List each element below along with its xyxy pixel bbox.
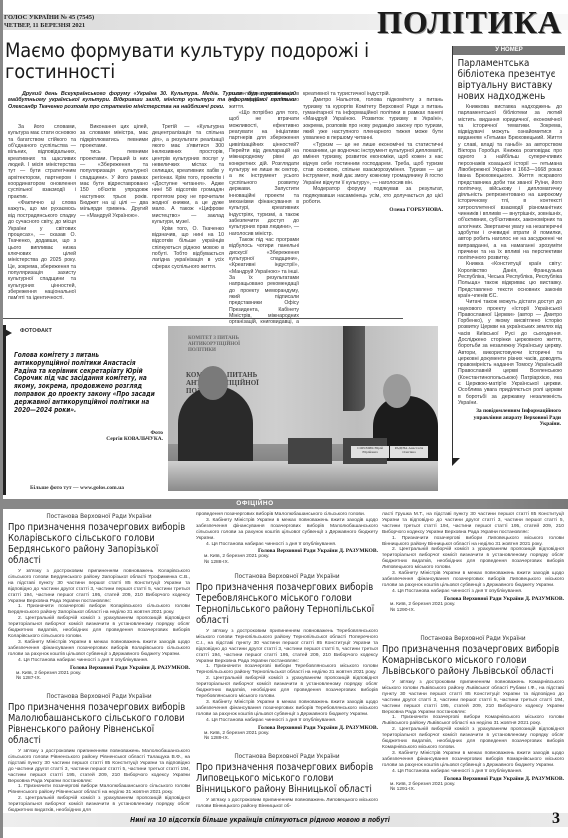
table — [168, 461, 438, 491]
article-headline: Маємо формувати культуру подорожі і гост… — [5, 40, 410, 82]
decree-terebovlia: Постанова Верховної Ради України Про при… — [196, 572, 378, 742]
woman-head — [383, 374, 411, 408]
masthead-info: ГОЛОС УКРАЇНИ № 45 (7545) ЧЕТВЕР, 11 БЕР… — [4, 14, 94, 30]
decree-lypovets: Постанова Верховної Ради України Про при… — [196, 752, 378, 810]
decree-title: Про призначення позачергових виборів Тер… — [196, 582, 377, 626]
decree-malolyubasha-cont: проведення позачергових виборів Малолюба… — [196, 512, 378, 566]
issue-number: ГОЛОС УКРАЇНИ № 45 (7545) — [4, 14, 94, 22]
man-head — [198, 366, 228, 400]
fotofact-label: ФОТОФАКТ — [20, 328, 52, 334]
committee-photo: КОМІТЕТ З ПИТАНЬ АНТИКОРУПЦІЙНОЇ ПОЛІТИК… — [168, 326, 438, 491]
section-divider — [3, 318, 403, 319]
decree-koliarivka: Постанова Верховної Ради України Про при… — [8, 512, 190, 682]
article-column-1: За його словами, культура має стати осно… — [8, 124, 76, 302]
article-column-2: Третій — «Культурна децентралізація та с… — [152, 124, 224, 270]
decree-title: Про призначення позачергових виборів Мал… — [8, 702, 189, 746]
fotofact-caption: Голова комітету з питань антикорупційної… — [14, 352, 155, 414]
more-photos-link[interactable]: Більше фото тут — www.golos.com.ua — [30, 485, 124, 491]
nameplate: РАДІНА Анастасія Олегівна — [390, 446, 428, 458]
article-column-3: ється лагідна українізація в усіх сферах… — [229, 91, 299, 332]
decree-title: Про призначення позачергових виборів Лип… — [196, 762, 377, 795]
sidebar-body: Книжкова виставка надходжень до парламен… — [453, 104, 565, 406]
decree-lypovets-cont: ласті Грушка М.Т., на підставі пункту 30… — [382, 512, 564, 614]
laptop — [288, 438, 332, 464]
fotofact-frame — [3, 325, 6, 495]
page-number: 3 — [552, 810, 560, 828]
wall-sign-1: КОМІТЕТ З ПИТАНЬ АНТИКОРУПЦІЙНОЇ ПОЛІТИК… — [188, 336, 268, 354]
article-author: Олена ГОРБУНОВА. — [303, 207, 443, 213]
article-column-1b: Виконання цих цілей, за словами міністра… — [80, 124, 148, 219]
nameplate: СОРОЧИК Юрій Юрійович — [351, 446, 389, 458]
sidebar-in-issue: У НОМЕР Парламентська бібліотека презент… — [452, 46, 565, 458]
decree-title: Про призначення позачергових виборів Кол… — [8, 522, 189, 566]
decree-komarno: Постанова Верховної Ради України Про при… — [382, 634, 564, 793]
sidebar-credit: За повідомленням Інформаційного управлін… — [453, 406, 565, 427]
photo-credit: Фото Сергія КОВАЛЬЧУКА. — [60, 430, 163, 443]
decree-title: Про призначення позачергових виборів Ком… — [382, 644, 563, 677]
section-title: ПОЛІТИКА — [377, 4, 562, 41]
sidebar-title: Парламентська бібліотека презентує вірту… — [453, 55, 562, 104]
article-column-4: креативної та туристичної індустрій. Дми… — [303, 91, 443, 214]
sidebar-header: У НОМЕР — [453, 46, 565, 55]
official-label: ОФІЦІЙНО — [195, 499, 315, 509]
footer-tagline: Нині на 10 відсотків більше українців сп… — [36, 816, 483, 824]
issue-date: ЧЕТВЕР, 11 БЕРЕЗНЯ 2021 — [4, 22, 94, 30]
fotofact-flag-icon — [3, 328, 12, 338]
corner-mark — [452, 458, 460, 466]
decree-malolyubasha: Постанова Верховної Ради України Про при… — [8, 692, 190, 814]
flag — [343, 326, 365, 411]
